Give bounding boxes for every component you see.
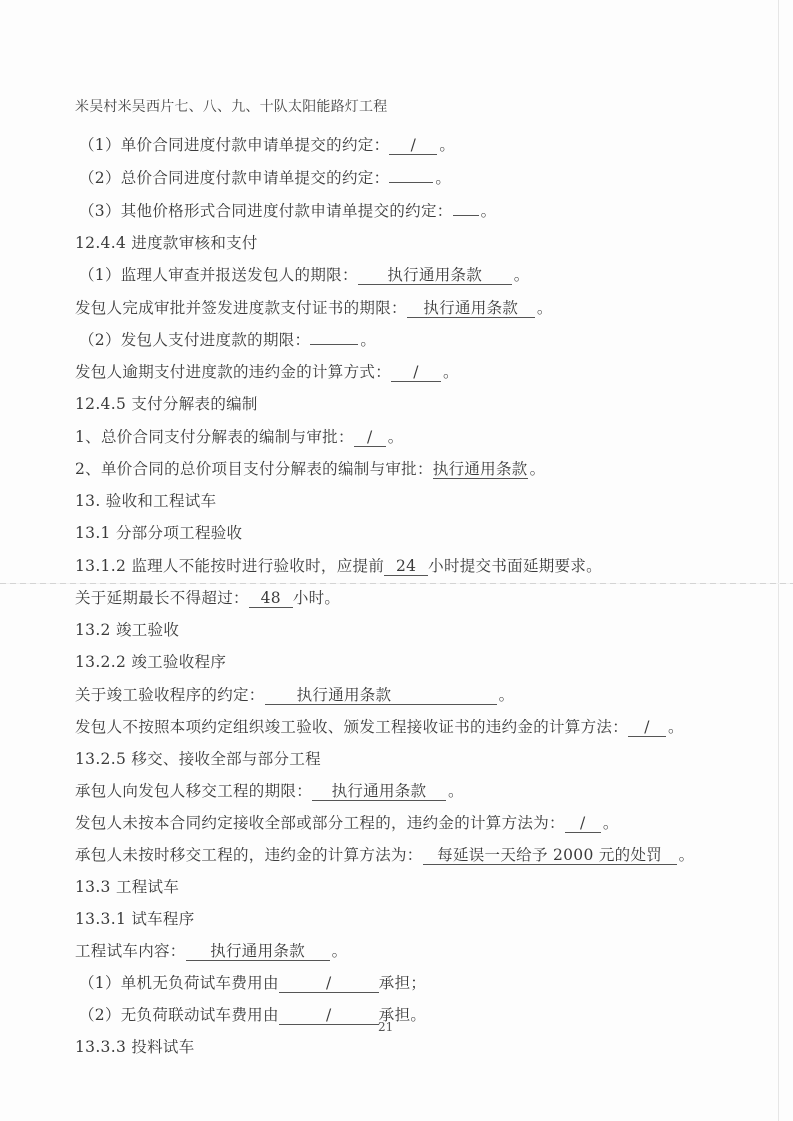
clause-line: 发包人不按照本项约定组织竣工验收、颁发工程接收证书的违约金的计算方法：/。 bbox=[75, 717, 684, 737]
clause-line: 承包人向发包人移交工程的期限：执行通用条款。 bbox=[75, 781, 464, 801]
fill-in-blank: 执行通用条款 bbox=[407, 299, 535, 318]
section-heading: 12.4.5 支付分解表的编制 bbox=[75, 394, 258, 414]
clause-text: 发包人不按照本项约定组织竣工验收、颁发工程接收证书的违约金的计算方法： bbox=[75, 718, 628, 736]
clause-text: （2）发包人支付进度款的期限： bbox=[79, 331, 310, 349]
clause-line: 关于竣工验收程序的约定：执行通用条款。 bbox=[75, 685, 514, 705]
clause-suffix: 承担； bbox=[379, 974, 426, 992]
clause-line: （1）单机无负荷试车费用由/承担； bbox=[79, 973, 426, 993]
fill-in-blank: / bbox=[628, 718, 666, 737]
clause-line: （2）总价合同进度付款申请单提交的约定：。 bbox=[79, 168, 451, 188]
fill-in-blank: / bbox=[565, 814, 601, 833]
clause-text: （3）其他价格形式合同进度付款申请单提交的约定： bbox=[79, 202, 453, 220]
clause-text: 发包人逾期支付进度款的违约金的计算方式： bbox=[75, 363, 391, 381]
clause-suffix: 。 bbox=[332, 942, 348, 960]
clause-suffix: 小时。 bbox=[293, 589, 340, 607]
section-heading: 13.2 竣工验收 bbox=[75, 620, 179, 640]
fill-in-blank: 执行通用条款 bbox=[186, 942, 330, 961]
fill-in-blank: 执行通用条款 bbox=[265, 686, 497, 705]
clause-text: 13.1.2 监理人不能按时进行验收时，应提前 bbox=[75, 557, 384, 575]
section-heading: 13. 验收和工程试车 bbox=[75, 491, 216, 511]
section-heading: 13.2.2 竣工验收程序 bbox=[75, 652, 226, 672]
clause-line: 工程试车内容：执行通用条款。 bbox=[75, 941, 347, 961]
fill-in-blank bbox=[453, 215, 479, 216]
clause-text: 承包人向发包人移交工程的期限： bbox=[75, 782, 312, 800]
clause-line: 关于延期最长不得超过：48小时。 bbox=[75, 588, 340, 608]
clause-suffix: 。 bbox=[679, 846, 695, 864]
clause-text: 2、单价合同的总价项目支付分解表的编制与审批： bbox=[75, 460, 433, 478]
clause-line: （1）单价合同进度付款申请单提交的约定：/。 bbox=[79, 135, 455, 155]
clause-suffix: 。 bbox=[360, 331, 376, 349]
clause-suffix: 小时提交书面延期要求。 bbox=[428, 557, 602, 575]
clause-text: 关于竣工验收程序的约定： bbox=[75, 686, 265, 704]
fill-in-blank: 执行通用条款 bbox=[358, 266, 512, 285]
clause-suffix: 。 bbox=[439, 136, 455, 154]
clause-text: （1）单机无负荷试车费用由 bbox=[79, 974, 279, 992]
clause-line: （1）监理人审查并报送发包人的期限：执行通用条款。 bbox=[79, 265, 530, 285]
clause-suffix: 。 bbox=[443, 363, 459, 381]
fill-in-blank: / bbox=[354, 428, 386, 447]
clause-text: （1）监理人审查并报送发包人的期限： bbox=[79, 266, 358, 284]
document-header: 米吴村米吴西片七、八、九、十队太阳能路灯工程 bbox=[75, 97, 387, 117]
clause-line: 发包人完成审批并签发进度款支付证书的期限：执行通用条款。 bbox=[75, 298, 553, 318]
section-heading: 13.2.5 移交、接收全部与部分工程 bbox=[75, 749, 321, 769]
document-page: 米吴村米吴西片七、八、九、十队太阳能路灯工程 （1）单价合同进度付款申请单提交的… bbox=[0, 0, 793, 1121]
clause-suffix: 。 bbox=[388, 428, 404, 446]
clause-line: 2、单价合同的总价项目支付分解表的编制与审批：执行通用条款。 bbox=[75, 459, 545, 479]
clause-text: （2）无负荷联动试车费用由 bbox=[79, 1006, 279, 1024]
fill-in-blank: / bbox=[279, 1006, 379, 1025]
clause-line: （3）其他价格形式合同进度付款申请单提交的约定：。 bbox=[79, 201, 496, 221]
clause-line: 发包人未按本合同约定接收全部或部分工程的，违约金的计算方法为：/。 bbox=[75, 813, 619, 833]
clause-line: 发包人逾期支付进度款的违约金的计算方式：/。 bbox=[75, 362, 459, 382]
clause-text: 承包人未按时移交工程的，违约金的计算方法为： bbox=[75, 846, 423, 864]
clause-suffix: 。 bbox=[603, 814, 619, 832]
fill-in-blank bbox=[310, 344, 358, 345]
clause-line: 13.1.2 监理人不能按时进行验收时，应提前24小时提交书面延期要求。 bbox=[75, 556, 602, 576]
clause-text: （1）单价合同进度付款申请单提交的约定： bbox=[79, 136, 389, 154]
clause-line: 1、总价合同支付分解表的编制与审批：/。 bbox=[75, 427, 404, 447]
scan-fold-line bbox=[0, 583, 793, 584]
clause-suffix: 。 bbox=[537, 299, 553, 317]
clause-text: 工程试车内容： bbox=[75, 942, 186, 960]
section-heading: 13.3.3 投料试车 bbox=[75, 1037, 195, 1057]
clause-suffix: 。 bbox=[499, 686, 515, 704]
clause-text: 发包人完成审批并签发进度款支付证书的期限： bbox=[75, 299, 407, 317]
page-edge-line bbox=[778, 0, 779, 1121]
fill-in-blank: 执行通用条款 bbox=[433, 460, 528, 479]
section-heading: 13.1 分部分项工程验收 bbox=[75, 523, 242, 543]
section-heading: 13.3 工程试车 bbox=[75, 877, 179, 897]
fill-in-blank: 24 bbox=[384, 557, 428, 576]
fill-in-blank: 执行通用条款 bbox=[312, 782, 446, 801]
fill-in-blank: / bbox=[391, 363, 441, 382]
clause-text: 关于延期最长不得超过： bbox=[75, 589, 249, 607]
clause-line: （2）发包人支付进度款的期限：。 bbox=[79, 330, 376, 350]
clause-suffix: 。 bbox=[668, 718, 684, 736]
clause-text: 发包人未按本合同约定接收全部或部分工程的，违约金的计算方法为： bbox=[75, 814, 565, 832]
fill-in-blank: 每延误一天给予 2000 元的处罚 bbox=[423, 846, 677, 865]
clause-text: （2）总价合同进度付款申请单提交的约定： bbox=[79, 169, 389, 187]
fill-in-blank: 48 bbox=[249, 589, 293, 608]
clause-suffix: 。 bbox=[448, 782, 464, 800]
clause-suffix: 。 bbox=[530, 460, 546, 478]
page-number: 21 bbox=[378, 1020, 393, 1034]
section-heading: 13.3.1 试车程序 bbox=[75, 909, 195, 929]
clause-text: 1、总价合同支付分解表的编制与审批： bbox=[75, 428, 354, 446]
fill-in-blank: / bbox=[389, 136, 437, 155]
clause-line: （2）无负荷联动试车费用由/承担。 bbox=[79, 1005, 426, 1025]
fill-in-blank bbox=[389, 182, 433, 183]
section-heading: 12.4.4 进度款审核和支付 bbox=[75, 233, 258, 253]
clause-line: 承包人未按时移交工程的，违约金的计算方法为：每延误一天给予 2000 元的处罚。 bbox=[75, 845, 694, 865]
clause-suffix: 。 bbox=[481, 202, 497, 220]
fill-in-blank: / bbox=[279, 974, 379, 993]
clause-suffix: 。 bbox=[435, 169, 451, 187]
clause-suffix: 。 bbox=[514, 266, 530, 284]
